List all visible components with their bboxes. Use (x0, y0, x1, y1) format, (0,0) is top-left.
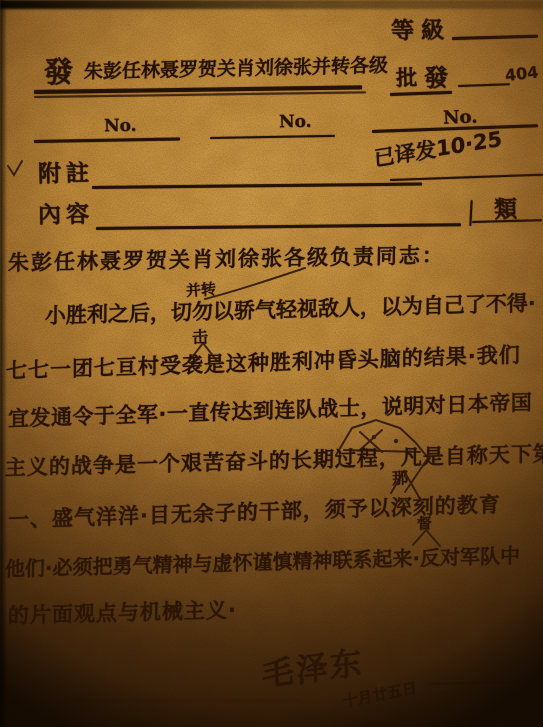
underline-rule (34, 137, 180, 142)
serial-number: 404 (504, 63, 539, 85)
body-line: 的片面观点与机械主义· (8, 594, 237, 630)
body-line: 小胜利之后，切勿以骄气轻视敌人，以为自己了不得· (45, 287, 536, 330)
no-label-2: No. (279, 112, 312, 133)
approve-label: 批 (395, 62, 417, 93)
paper-crease (0, 699, 300, 702)
insertion-note: 并转 (185, 278, 216, 301)
body-line: 七七一团七亘村受袭是这种胜利冲昏头脑的结果·我们 (6, 339, 521, 385)
body-line: 朱彭任林聂罗贺关肖刘徐张各级负责同志： (8, 239, 445, 277)
scratch-mark (428, 681, 520, 685)
underline-rule (96, 223, 461, 229)
insertion-note: 那 (391, 465, 408, 489)
underline-rule (458, 83, 510, 87)
underline-rule (210, 135, 335, 139)
insertion-note: 督 (416, 512, 432, 534)
document-photo: 等級 發 朱彭任林聂罗贺关肖刘徐张并转各级 批 發 404 No. No. No… (0, 0, 543, 727)
underline-rule (452, 35, 538, 40)
body-line: 宜发通令于全军·一直传达到连队战士，说明对日本帝国 (8, 387, 532, 433)
notes-label: 附註 (38, 155, 95, 189)
underline-rule (92, 183, 422, 189)
no-label-1: No. (104, 116, 137, 137)
recipients-handwriting: 朱彭任林聂罗贺关肖刘徐张并转各级 (84, 51, 389, 84)
content-label: 內容 (38, 196, 95, 230)
send-label: 發 (43, 50, 73, 92)
issue-label: 發 (423, 58, 448, 94)
telegram-form: 等級 發 朱彭任林聂罗贺关肖刘徐张并转各级 批 發 404 No. No. No… (0, 0, 543, 727)
underline-rule (390, 174, 543, 182)
grade-label: 等級 (391, 12, 451, 46)
no-label-3: No. (443, 106, 478, 128)
body-line: 主义的战争是一个艰苦奋斗的长期过程，凡是自称天下第 (5, 438, 543, 482)
signature: 毛泽东 (261, 637, 364, 696)
body-line: 他们·必须把勇气精神与虚怀谨慎精神联系起来·反对军队中 (5, 540, 520, 583)
insertion-note: 击 (191, 324, 208, 348)
